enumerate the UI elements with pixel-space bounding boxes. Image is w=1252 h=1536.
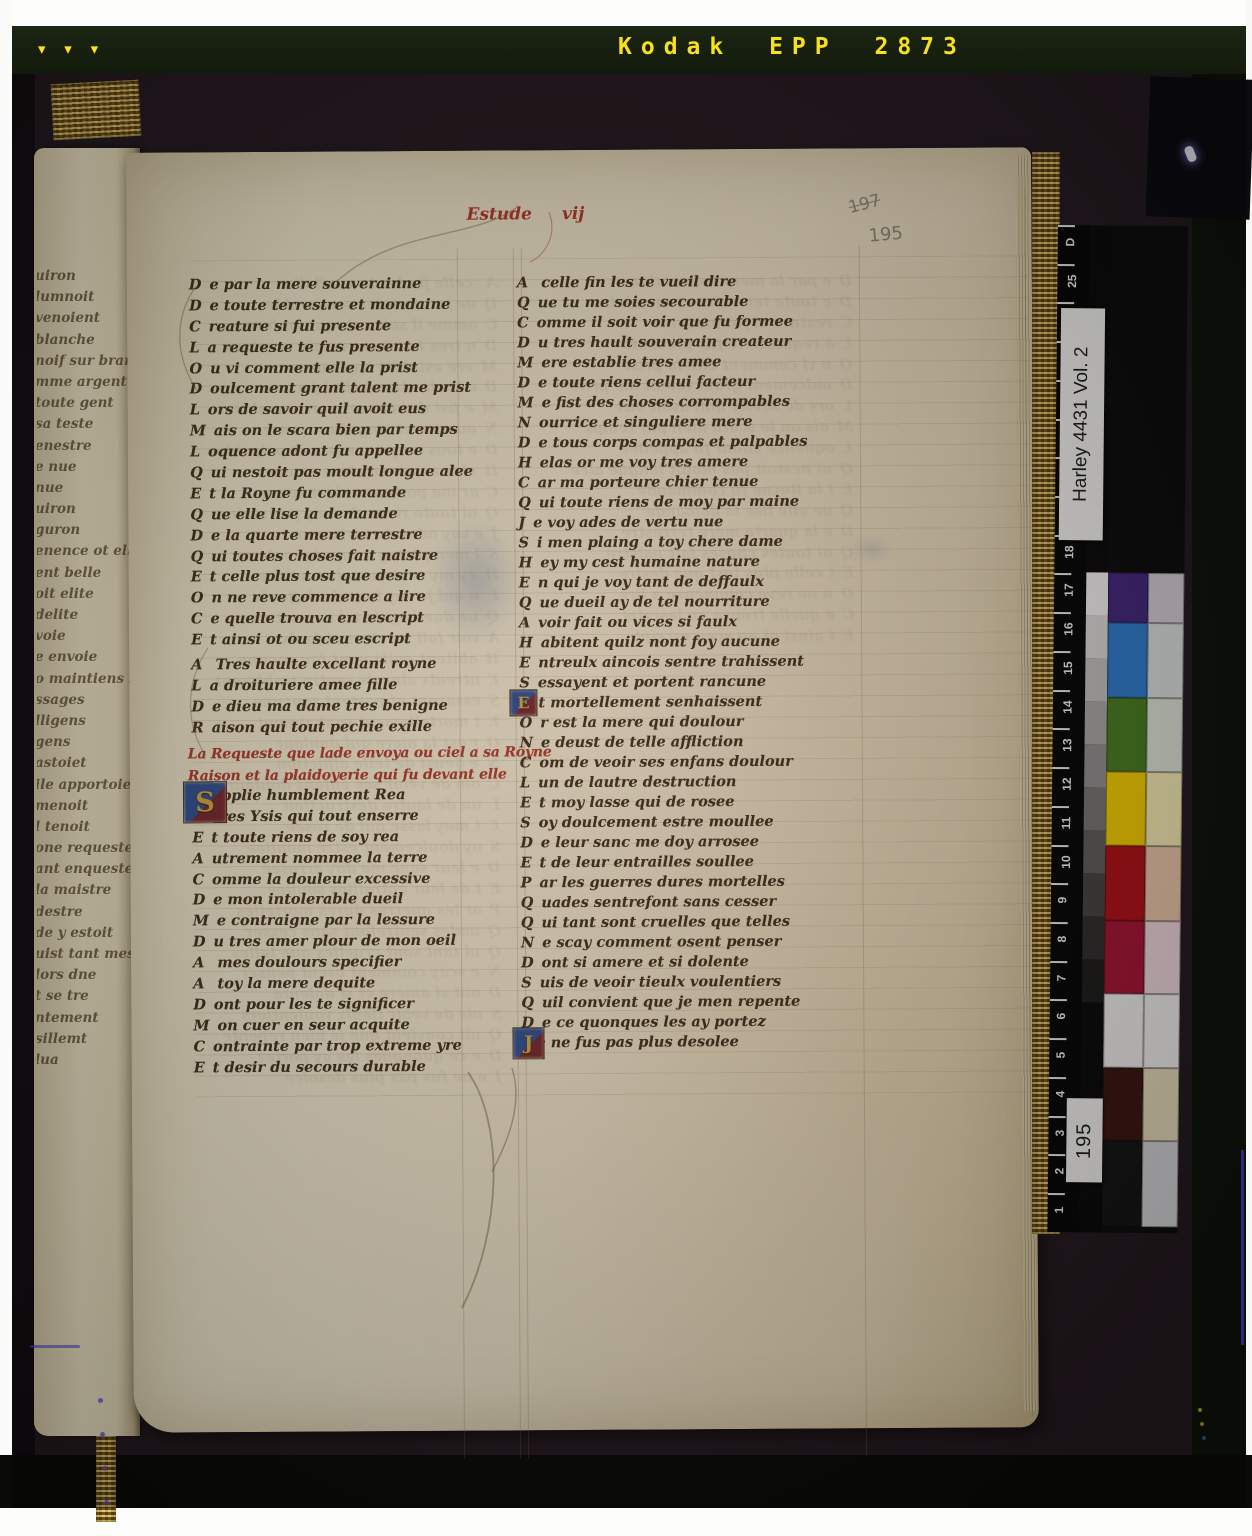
color-patch-tint xyxy=(1146,772,1183,846)
verso-fragment-line: ntement xyxy=(37,1008,137,1029)
film-edge-glint xyxy=(30,1345,80,1348)
verso-fragment-line: lors dne xyxy=(37,965,137,986)
verse-line: Mon cuer en seur acquite xyxy=(193,1015,461,1038)
verse-line: Loquence adont fu appellee xyxy=(190,441,473,464)
verse-line: De toute riens cellui facteur xyxy=(517,372,807,394)
verse-line: Et celle plus tost que desire xyxy=(191,566,474,589)
ruler-number: 6 xyxy=(1054,1013,1068,1020)
ruler-tick: 14 xyxy=(1053,690,1085,729)
patch-row xyxy=(1106,772,1183,847)
film-edge-accent xyxy=(1241,1150,1244,1345)
folio-sticker: 195 xyxy=(1066,1098,1103,1182)
verso-fragment-line: uiron xyxy=(37,266,137,287)
ruler-number: 8 xyxy=(1055,936,1069,943)
running-title: Estudevij xyxy=(466,204,584,225)
ruler-tick: 7 xyxy=(1050,961,1082,1000)
verse-line: Or est la mere qui doulour xyxy=(520,712,810,734)
patch-row xyxy=(1102,1068,1179,1142)
illuminated-initial-J: J xyxy=(513,1028,543,1058)
ruler-number: D xyxy=(1063,238,1077,247)
bottom-dark-band xyxy=(0,1455,1252,1508)
folio-sticker-text: 195 xyxy=(1073,1122,1096,1159)
right-column: A celle fin les te vueil direQue tu me s… xyxy=(517,272,811,1054)
left-white-border xyxy=(0,0,12,1536)
illuminated-initial-S: S xyxy=(184,782,226,822)
ruler-number: 5 xyxy=(1054,1052,1068,1059)
verse-line: La droituriere amee fille xyxy=(191,675,447,697)
verse-line: Contrainte par trop extreme yre xyxy=(194,1035,462,1058)
ruler-tick: 11 xyxy=(1052,806,1084,845)
folio-number-pencil: 195 xyxy=(868,223,904,247)
verse-line: Quil convient que je men repente xyxy=(521,992,811,1014)
verse-line: De ce quonques les ay portez xyxy=(521,1012,811,1034)
verse-line: Comme la douleur excessive xyxy=(192,868,460,891)
ruler-number: 16 xyxy=(1061,623,1075,637)
verse-line: Ou vi comment elle la prist xyxy=(189,357,472,380)
verso-fragment-line: mme argent xyxy=(37,372,137,393)
gray-step xyxy=(1084,744,1106,787)
verse-line: Qui nestoit pas moult longue alee xyxy=(190,462,473,485)
gray-step xyxy=(1084,787,1106,830)
verso-fragment-line: delite xyxy=(37,605,137,626)
verse-line: Si men plaing a toy chere dame xyxy=(518,532,808,554)
verse-line: Suis de veoir tieulx voulentiers xyxy=(521,972,811,994)
film-edge-marks: ▾ ▾ ▾ xyxy=(38,40,105,58)
verse-line: Mais on le scara bien par temps xyxy=(190,420,473,443)
bottom-white-border xyxy=(0,1508,1252,1536)
verso-fragment-line: e nue xyxy=(37,457,137,478)
color-patches xyxy=(1101,226,1188,1234)
color-patch-tint xyxy=(1143,994,1180,1068)
ruler-number: 1 xyxy=(1052,1207,1066,1214)
left-dark-edge xyxy=(12,74,35,1510)
verse-line: Du tres amer plour de mon oeil xyxy=(193,931,461,954)
ruler-number: 18 xyxy=(1062,545,1076,559)
verso-fragment-line: enence ot elle xyxy=(37,541,137,562)
verse-line: Du tres hault souverain createur xyxy=(517,332,807,354)
color-patch-saturated xyxy=(1104,921,1145,994)
color-patch-saturated xyxy=(1103,994,1144,1068)
verse-line: Supplie humblement Rea xyxy=(192,785,460,808)
verse-line: Que elle lise la demande xyxy=(190,503,473,526)
verso-fragment-line: oit elite xyxy=(37,584,137,605)
ruler-number: 11 xyxy=(1059,816,1073,829)
verse-line: Com de veoir ses enfans doulour xyxy=(520,752,810,774)
verse-line: Raison qui tout pechie exille xyxy=(192,716,448,738)
verso-fragment-line: ile apportoiet xyxy=(37,775,137,796)
ruler-tick: D xyxy=(1058,225,1090,264)
gray-step xyxy=(1086,572,1108,615)
verso-fragment-line: one requeste xyxy=(37,838,137,859)
verso-fragment-line: lligens xyxy=(37,711,137,732)
color-patch-saturated xyxy=(1102,1141,1143,1227)
gilt-binding-corner-top-left xyxy=(51,80,142,141)
verse-line: Mere establie tres amee xyxy=(517,352,807,374)
ruler-tick: 5 xyxy=(1049,1038,1081,1077)
verso-fragment-line: noif sur branche xyxy=(37,351,137,372)
verse-line: Avoir fait ou vices si faulx xyxy=(519,612,809,634)
verse-line: Je ne fus pas plus desolee xyxy=(521,1032,811,1054)
verse-line: Autrement nommee la terre xyxy=(192,847,460,870)
verse-line: Quades sentrefont sans cesser xyxy=(521,892,811,914)
verse-line: Car ma porteure chier tenue xyxy=(518,472,808,494)
ruler-number: 2 xyxy=(1052,1168,1066,1175)
verse-line: Me fist des choses corrompables xyxy=(518,392,808,414)
sprocket-glint xyxy=(102,1466,107,1471)
color-patch-tint xyxy=(1142,1068,1179,1141)
verse-line: De leur sanc me doy arrosee xyxy=(520,832,810,854)
photograph-of-manuscript: Kodak EPP 2873 ▾ ▾ ▾ uironlumnoitvenoien… xyxy=(0,0,1252,1536)
color-patch-saturated xyxy=(1107,623,1148,698)
color-calibration-bar: D 25 24 23 22 21 xyxy=(1047,225,1188,1233)
color-patch-saturated xyxy=(1102,1068,1143,1141)
verso-fragment-line: de y estoit xyxy=(37,923,137,944)
verse-line: La requeste te fus presente xyxy=(189,336,472,359)
right-dark-edge xyxy=(1192,74,1246,1510)
verso-fragment-line: gens xyxy=(37,732,137,753)
verse-line: Qui toutes choses fait naistre xyxy=(191,545,474,568)
verso-line-fragments: uironlumnoitvenoientblanchenoif sur bran… xyxy=(37,266,137,1071)
running-title-number: vij xyxy=(562,204,585,224)
verse-line: De toute terrestre et mondaine xyxy=(189,295,472,318)
verse-line: A mes doulours specifier xyxy=(193,952,461,975)
verso-fragment-line: o maintiens sages xyxy=(37,669,137,690)
verse-line: A toy la mere dequite xyxy=(193,973,461,996)
color-patch-tint xyxy=(1146,698,1183,772)
rubric-line: La Requeste que lade envoya ou ciel a sa… xyxy=(188,742,552,766)
patch-row xyxy=(1107,623,1184,699)
verso-fragment-line: uiron xyxy=(37,499,137,520)
ruler-tick: 13 xyxy=(1052,728,1084,767)
verse-line: De dieu ma dame tres benigne xyxy=(191,696,447,718)
verso-fragment-line: astoiet xyxy=(37,753,137,774)
show-through-initial-smudge xyxy=(850,536,892,562)
verse-line: A celle fin les te vueil dire xyxy=(517,272,807,294)
verso-fragment-line: nue xyxy=(37,478,137,499)
verso-fragment-line: la maistre xyxy=(37,880,137,901)
verso-fragment-line: toute gent xyxy=(37,393,137,414)
color-patch-tint xyxy=(1142,1141,1179,1227)
ruler-tick: 15 xyxy=(1053,651,1085,690)
film-brand-text: Kodak EPP 2873 xyxy=(618,34,966,60)
verse-line: Et toute riens de soy rea xyxy=(192,827,460,850)
gray-step xyxy=(1083,873,1105,916)
verse-line: Entreulx aincois sentre trahissent xyxy=(519,652,809,674)
verso-fragment-line: blanche xyxy=(37,330,137,351)
verse-line: Hey my cest humaine nature xyxy=(519,552,809,574)
ruler-number: 3 xyxy=(1053,1129,1067,1136)
gray-step xyxy=(1085,658,1107,701)
verse-line: Dont pour les te significer xyxy=(193,994,461,1017)
gray-step xyxy=(1085,615,1107,658)
verse-line: En qui je voy tant de deffaulx xyxy=(519,572,809,594)
ruler-tick: 16 xyxy=(1054,612,1086,651)
verse-line: Ne scay comment osent penser xyxy=(521,932,811,954)
ruler-number: 13 xyxy=(1060,739,1074,753)
verse-line: Creature si fui presente xyxy=(189,315,472,338)
verso-fragment-line: e envoie xyxy=(37,647,137,668)
verse-line: Ne deust de telle affliction xyxy=(520,732,810,754)
ruler-tick: 6 xyxy=(1049,999,1081,1038)
ruler-number: 14 xyxy=(1061,700,1075,714)
verso-fragment-line: ant enqueste xyxy=(37,859,137,880)
ruler-number: 9 xyxy=(1055,897,1069,904)
verse-line: Et la Royne fu commande xyxy=(190,483,473,506)
verso-fragment-line: ssages xyxy=(37,690,137,711)
illuminated-initial-E: E xyxy=(510,690,536,715)
color-patch-tint xyxy=(1144,921,1181,994)
verse-line: Ce quelle trouva en lescript xyxy=(191,608,474,631)
verso-fragment-line: venoient xyxy=(37,308,137,329)
verse-line: Me contraigne par la lessure xyxy=(193,910,461,933)
gray-step xyxy=(1083,830,1105,873)
verse-line: Et mortellement senhaissent xyxy=(519,692,809,714)
verse-line: De tous corps compas et palpables xyxy=(518,432,808,454)
patch-row xyxy=(1102,1141,1179,1228)
patch-rows xyxy=(1102,573,1185,1228)
verse-line: Et de leur entrailles soullee xyxy=(520,852,810,874)
ruler-tick: 18 xyxy=(1054,535,1086,574)
sprocket-glint xyxy=(1202,1436,1206,1440)
rubric-line: Raison et la plaidoyerie qui fu devant e… xyxy=(188,764,552,788)
verso-fragment-line: l tenoit xyxy=(37,817,137,838)
film-top-white-strip xyxy=(0,0,1252,26)
verse-line: Comme il soit voir que fu formee xyxy=(517,312,807,334)
verse-line: Et ainsi ot ou sceu escript xyxy=(191,629,474,652)
verso-fragment-line: menoit xyxy=(37,796,137,817)
ruler-tick: 1 xyxy=(1047,1193,1079,1232)
color-patch-saturated xyxy=(1108,573,1149,623)
color-patch-tint xyxy=(1145,846,1182,921)
color-patch-saturated xyxy=(1106,772,1147,846)
verse-line: Soy doulcement estre moullee xyxy=(520,812,810,834)
color-patch-saturated xyxy=(1105,846,1146,921)
verse-line: Doulcement grant talent me prist xyxy=(189,378,472,401)
ruler-number: 15 xyxy=(1061,661,1075,675)
patch-row xyxy=(1108,573,1185,624)
ruler-tick: 12 xyxy=(1052,767,1084,806)
manuscript-page: A celle fin les te vueil direQue tu me s… xyxy=(126,147,1039,1433)
verse-line: Que tu me soies secourable xyxy=(517,292,807,314)
ruler-tick: 10 xyxy=(1051,844,1083,883)
verse-line: Lors de savoir quil avoit eus xyxy=(190,399,473,422)
patch-row xyxy=(1105,846,1182,922)
ruler-tick: 9 xyxy=(1051,883,1083,922)
sprocket-glint xyxy=(100,1432,105,1437)
ruler-number: 10 xyxy=(1059,855,1073,869)
verse-line: Et moy lasse qui de rosee xyxy=(520,792,810,814)
rubric: La Requeste que lade envoya ou ciel a sa… xyxy=(188,742,552,787)
verse-line: Et desir du secours durable xyxy=(194,1056,462,1079)
left-column-block-3: Supplie humblement ReaSeres Ysis qui tou… xyxy=(192,785,462,1079)
verso-fragment-line: ent belle xyxy=(37,563,137,584)
verse-line: Seres Ysis qui tout enserre xyxy=(192,806,460,829)
running-title-word: Estude xyxy=(466,204,532,224)
patch-row xyxy=(1106,698,1183,773)
verse-line: Je voy ades de vertu nue xyxy=(518,512,808,534)
verse-line: Qui toute riens de moy par maine xyxy=(518,492,808,514)
ruler-tick: 17 xyxy=(1054,573,1086,612)
verse-line: Qui tant sont cruelles que telles xyxy=(521,912,811,934)
verso-fragment-line: destre xyxy=(37,902,137,923)
mounting-clip xyxy=(1146,76,1252,220)
color-patch-tint xyxy=(1148,573,1185,623)
right-white-border xyxy=(1246,0,1252,1536)
gray-step xyxy=(1085,701,1107,744)
verso-fragment-line: enestre xyxy=(37,436,137,457)
previous-folio-edge: uironlumnoitvenoientblanchenoif sur bran… xyxy=(34,148,140,1436)
gray-step xyxy=(1082,959,1104,1002)
color-patch-saturated xyxy=(1106,698,1147,772)
patch-row xyxy=(1104,921,1181,995)
verse-line: A Tres haulte excellant royne xyxy=(191,654,447,676)
sprocket-glint xyxy=(104,1500,109,1505)
sprocket-glint xyxy=(98,1398,103,1403)
verse-line: Lun de lautre destruction xyxy=(520,772,810,794)
verso-fragment-line: uist tant mestoir xyxy=(37,944,137,965)
ruler-tick: 8 xyxy=(1050,922,1082,961)
verse-line: Dont si amere et si dolente xyxy=(521,952,811,974)
left-column-block-1: De par la mere souverainneDe toute terre… xyxy=(189,274,474,652)
verso-fragment-line: voie xyxy=(37,626,137,647)
verso-fragment-line: sa teste xyxy=(37,414,137,435)
color-patch-tint xyxy=(1147,623,1184,698)
ruler-number: 12 xyxy=(1060,777,1074,791)
verse-line: Helas or me voy tres amere xyxy=(518,452,808,474)
verso-fragment-line: guron xyxy=(37,520,137,541)
verso-fragment-line: t se tre xyxy=(37,986,137,1007)
verso-fragment-line: lumnoit xyxy=(37,287,137,308)
shelfmark-text: Harley 4431 Vol. 2 xyxy=(1070,347,1094,502)
verso-fragment-line: sillemt xyxy=(37,1029,137,1050)
ruler-number: 7 xyxy=(1054,974,1068,981)
verso-fragment-line: lua xyxy=(37,1050,137,1071)
verse-line: De mon intolerable dueil xyxy=(193,889,461,912)
gray-step xyxy=(1082,916,1104,959)
verse-line: Nourrice et singuliere mere xyxy=(518,412,808,434)
left-column-block-2: A Tres haulte excellant royneLa droituri… xyxy=(191,654,448,739)
patch-row xyxy=(1103,994,1180,1069)
verse-line: Par les guerres dures mortelles xyxy=(521,872,811,894)
folio-number-crossed-out: 197 xyxy=(846,191,882,218)
ruler-number: 17 xyxy=(1062,584,1076,598)
verse-line: Sessayent et portent rancune xyxy=(519,672,809,694)
ruler-number: 4 xyxy=(1053,1090,1067,1097)
verse-line: Que dueil ay de tel nourriture xyxy=(519,592,809,614)
sprocket-glint xyxy=(1198,1408,1202,1412)
verse-line: De la quarte mere terrestre xyxy=(190,524,473,547)
shelfmark-label: Harley 4431 Vol. 2 xyxy=(1059,308,1105,540)
verse-line: Habitent quilz nont foy aucune xyxy=(519,632,809,654)
ruler-number: 25 xyxy=(1065,274,1079,288)
verse-line: De par la mere souverainne xyxy=(189,274,472,297)
sprocket-glint xyxy=(1200,1422,1204,1426)
verse-line: On ne reve commence a lire xyxy=(191,587,474,610)
ruler-tick: 25 xyxy=(1057,264,1089,303)
